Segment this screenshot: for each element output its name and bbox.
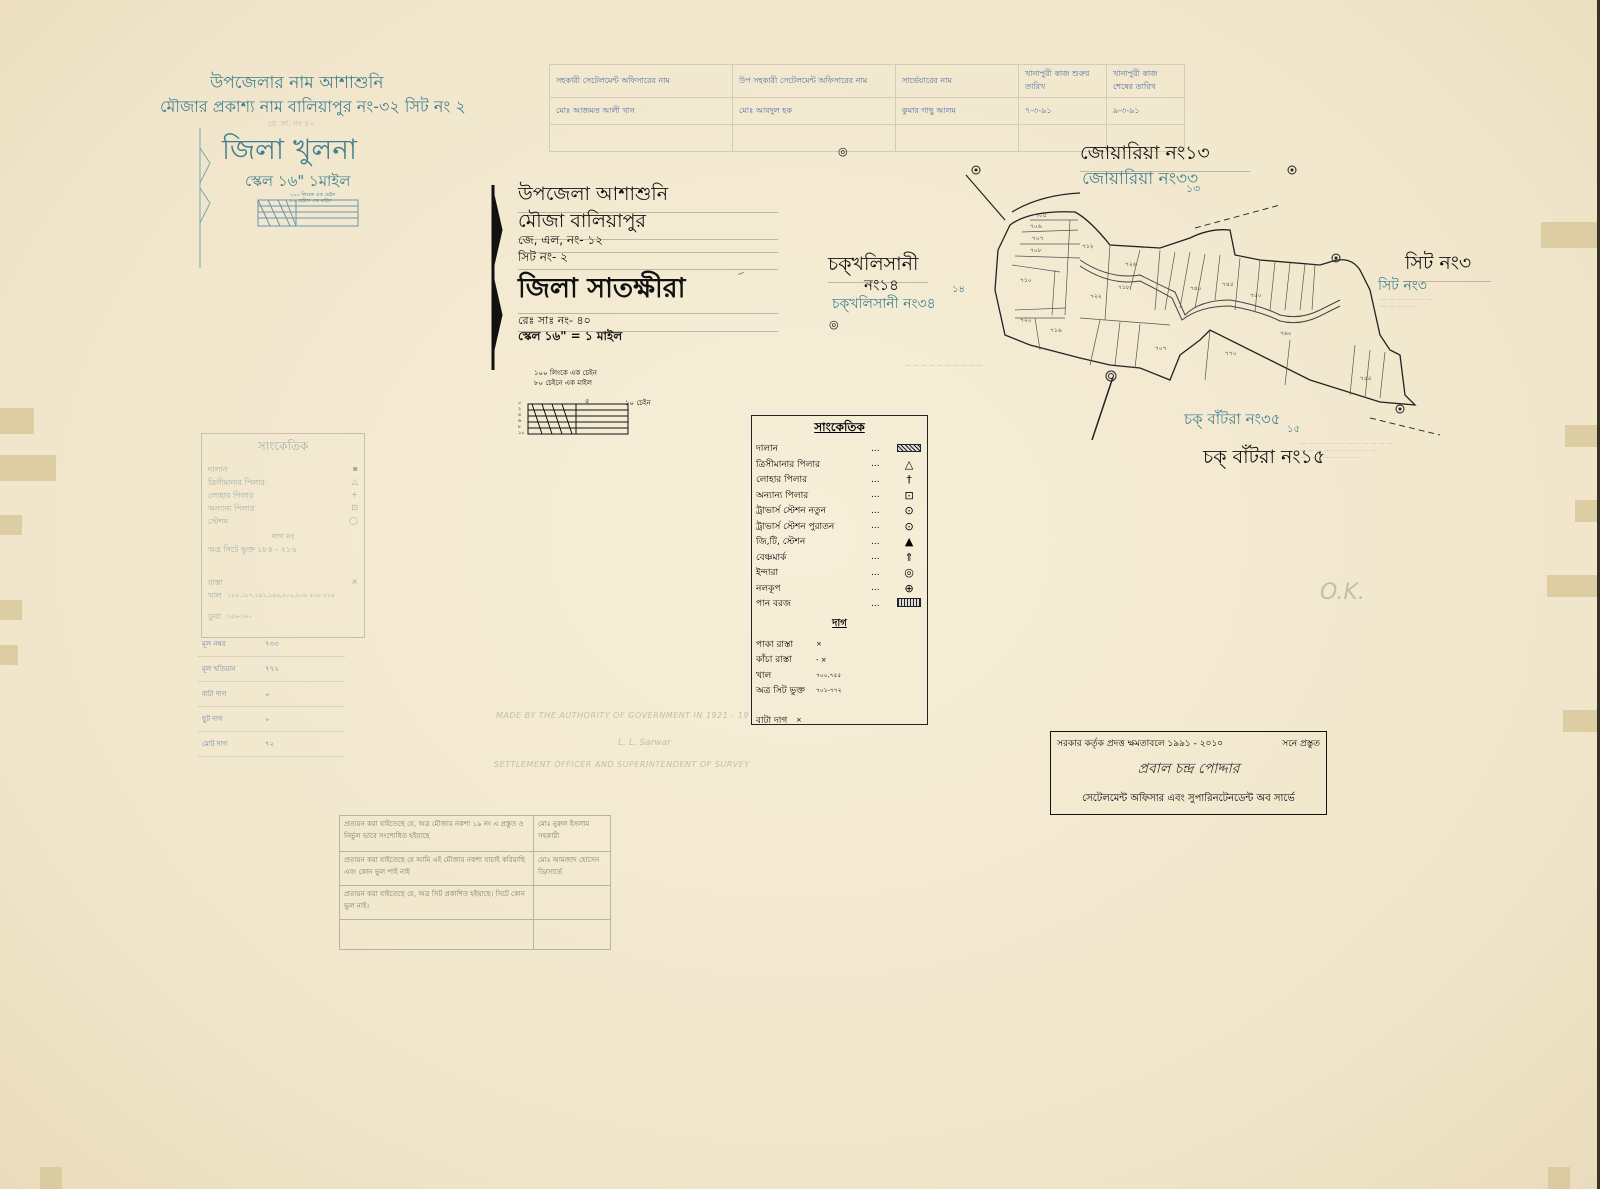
legend-item: লোহার পিলার...†: [756, 472, 923, 488]
tape-left-2: [0, 455, 56, 481]
legend-item: নলকূপ...⊕: [756, 581, 923, 597]
pencil-note-south: — — — — — — — — — — — —— — — — — — — — —…: [1300, 440, 1500, 461]
legend-item: বেঞ্চমার্ক...⇑: [756, 550, 923, 566]
old-legend-item: স্টেশন◯: [208, 516, 358, 529]
legend-item: পান বরজ...: [756, 596, 923, 612]
svg-text:৭৪৫: ৭৪৫: [1222, 281, 1234, 288]
old-legend-item: লোহার পিলার+: [208, 490, 358, 503]
tape-right-1: [1541, 222, 1597, 248]
certificate-line-1: সরকার কর্তৃক প্রদত্ত ক্ষমতাবলে ১৯৯১ - ২০…: [1051, 732, 1326, 751]
dag-item: অত্র সিট ভুক্ত৭০১-৭৭২: [756, 683, 923, 699]
map-sheet: উপজেলার নাম আশাশুনি মৌজার প্রকাশ্য নাম ব…: [0, 0, 1600, 1189]
svg-text:৭২৬: ৭২৬: [1125, 261, 1137, 268]
svg-text:৭২২: ৭২২: [1090, 293, 1102, 300]
dag-title: দাগ: [756, 616, 923, 633]
tape-right-2: [1565, 425, 1597, 447]
tape-left-1: [0, 408, 34, 434]
old-legend-box: সাংকেতিক দালান▪ ত্রিসীমানার পিলার△ লোহার…: [201, 433, 365, 638]
certificate-line-2: সেটেলমেন্ট অফিসার এবং সুপারিনটেনডেন্ট অব…: [1051, 791, 1326, 808]
gt-station-icon: ▲: [895, 535, 923, 548]
authority-signature: L. L. Sarwar: [618, 738, 671, 748]
west-old-label: চক্‌খলিসানী নং৩৪: [832, 292, 936, 316]
legend-item: ত্রিসীমানার পিলার...△: [756, 457, 923, 473]
cell: মোঃ আবদুল হক: [733, 98, 896, 125]
svg-text:৭২০: ৭২০: [1020, 317, 1032, 324]
pencil-note-east: — — — — — — —— — — — —: [1380, 296, 1480, 310]
settlement-officer-title: SETTLEMENT OFFICER AND SUPERINTENDENT OF…: [494, 760, 750, 769]
pencil-note-west: — — — — — — — — — —: [905, 362, 1085, 369]
svg-text:৭৭০: ৭৭০: [1225, 350, 1237, 357]
old-legend-item: দালান▪: [208, 464, 358, 477]
tri-junction-pillar-icon: △: [895, 458, 923, 471]
legend-item: ট্রাভার্স স্টেশন পুরাতন...⊙: [756, 519, 923, 535]
old-dag-range: অত্র সিটে ভুক্ত ১৮৪ - ২১৬: [208, 544, 358, 557]
iron-pillar-icon: †: [895, 473, 923, 486]
dag-item: খাল৭০০,৭৫৫: [756, 668, 923, 684]
old-pond: ডুবা১৫৬-১৬০: [208, 611, 358, 624]
count-row: মূল খতিয়ান৭৭২: [198, 657, 345, 682]
tape-left-4: [0, 600, 22, 620]
legend-item: জি,টি, স্টেশন...▲: [756, 534, 923, 550]
svg-text:৭০৫: ৭০৫: [1035, 212, 1047, 219]
svg-text:৭৫০: ৭৫০: [1250, 292, 1262, 299]
scale-note-2: ৮০ চেইনে এক মাইল: [534, 377, 592, 389]
value-row: মোঃ আজমত আলী খান মোঃ আবদুল হক কুমার গাছু…: [550, 98, 1185, 125]
old-road: রাস্তা×: [208, 577, 358, 590]
plot-count-table: মূল নম্বর৭৩৩ মূল খতিয়ান৭৭২ বাটা দাগ০ ছু…: [198, 632, 345, 757]
note-row: প্রত্যয়ন করা যাইতেছে যে আমি এই মৌজার নক…: [340, 852, 611, 886]
old-canal: খাল১৮৫,১৮৭,১৯১,১৯৬,২০২,২০৬ ২০৮-২১৫: [208, 590, 358, 603]
svg-text:৭১৬: ৭১৬: [1050, 327, 1062, 334]
count-row: মূল নম্বর৭৩৩: [198, 632, 345, 657]
svg-text:৭৪০: ৭৪০: [1190, 285, 1202, 292]
col-header: সহকারী সেটেলমেন্ট অফিসারের নাম: [550, 65, 733, 98]
building-icon: [895, 442, 923, 455]
tape-right-3: [1575, 500, 1597, 522]
station-mark-top: ◎: [838, 145, 848, 158]
old-legend-item: অন্যান্য পিলার⊡: [208, 503, 358, 516]
old-dag-title: দাগ নং: [208, 531, 358, 544]
traverse-station-old-icon: ⊙: [895, 520, 923, 533]
station-mark-west: ◎: [829, 318, 839, 331]
svg-text:৭৫৫: ৭৫৫: [1360, 375, 1372, 382]
svg-text:৭০৬: ৭০৬: [1030, 223, 1042, 230]
count-row: মোট দাগ৭২: [198, 732, 345, 757]
old-legend-title: সাংকেতিক: [208, 438, 358, 458]
certificate-signature: প্রবাল চন্দ্র পোদ্দার: [1051, 757, 1326, 781]
cell: কুমার গাছু আলম: [896, 98, 1019, 125]
header-row: সহকারী সেটেলমেন্ট অফিসারের নাম উপ সহকারী…: [550, 65, 1185, 98]
note-row: প্রত্যয়ন করা যাইতেছে যে, অত্র মৌজার নকশ…: [340, 816, 611, 852]
made-by-authority: MADE BY THE AUTHORITY OF GOVERNMENT IN 1…: [496, 711, 749, 720]
sheet-number: সিট নং- ২: [518, 249, 778, 270]
betel-garden-icon: [895, 597, 923, 610]
tape-bottom-right: [1548, 1167, 1570, 1189]
tubewell-icon: ⊕: [895, 582, 923, 595]
svg-text:১০: ১০: [518, 430, 525, 436]
note-row: প্রত্যয়ন করা যাইতেছে যে, অত্র সিট প্রকা…: [340, 886, 611, 920]
svg-text:৭০৭: ৭০৭: [1155, 345, 1167, 352]
well-icon: ◎: [895, 566, 923, 579]
dag-item: বাটা দাগ×: [756, 713, 923, 729]
cell: ৭-৩-৯১: [1019, 98, 1107, 125]
other-pillar-icon: ⊡: [895, 489, 923, 502]
svg-text:৭১৮: ৭১৮: [1118, 284, 1130, 291]
col-header: খানাপুরী কাজ শুরুর তারিখ: [1019, 65, 1107, 98]
dag-item: কাঁচা রাস্তা- ×: [756, 652, 923, 668]
dag-item: পাকা রাস্তা×: [756, 637, 923, 653]
svg-text:৭১২: ৭১২: [1082, 243, 1094, 250]
traverse-stations: [972, 166, 1404, 413]
mouza-map: ৭০৫৭০৬৭০৭ ৭০৮৭১০৭১২ ৭২৬৭১৮৭২২ ৭২০৭১৬৭৪০ …: [960, 140, 1480, 440]
tape-bottom-left: [40, 1167, 62, 1189]
title-block: উপজেলা আশাশুনি মৌজা বালিয়াপুর জে, এল, ন…: [490, 180, 790, 370]
tape-left-3: [0, 515, 22, 535]
tape-left-5: [0, 645, 18, 665]
old-scale-bar: [196, 128, 386, 268]
svg-text:৭৬০: ৭৬০: [1280, 330, 1292, 337]
col-header: উপ সহকারী সেটেলমেন্ট অফিসারের নাম: [733, 65, 896, 98]
legend-box: সাংকেতিক দালান... ত্রিসীমানার পিলার...△ …: [751, 415, 928, 725]
tape-right-4: [1547, 575, 1597, 597]
certificate-box: সরকার কর্তৃক প্রদত্ত ক্ষমতাবলে ১৯৯১ - ২০…: [1050, 731, 1327, 815]
old-legend-item: ত্রিসীমানার পিলার△: [208, 477, 358, 490]
district-name: জিলা সাতক্ষীরা: [518, 268, 778, 314]
traverse-station-new-icon: ⊙: [895, 504, 923, 517]
legend-item: ট্রাভার্স স্টেশন নতুন...⊙: [756, 503, 923, 519]
legend-item: অন্যান্য পিলার...⊡: [756, 488, 923, 504]
legend-item: দালান...: [756, 441, 923, 457]
cell: ৯-৩-৯১: [1107, 98, 1185, 125]
tape-right-5: [1563, 710, 1597, 732]
count-row: বাটা দাগ০: [198, 682, 345, 707]
scale-bar: ০ ২ ৪ ৬ ৮ ১০: [518, 396, 633, 438]
note-row: [340, 920, 611, 950]
col-header: সার্ভেয়ারের নাম: [896, 65, 1019, 98]
svg-text:৭১০: ৭১০: [1020, 277, 1032, 284]
ok-mark: O.K.: [1320, 580, 1365, 605]
verification-notes-table: প্রত্যয়ন করা যাইতেছে যে, অত্র মৌজার নকশ…: [339, 815, 611, 950]
legend-item: ইন্দারা...◎: [756, 565, 923, 581]
old-mouza: মৌজার প্রকাশ্য নাম বালিয়াপুর নং-৩২ সিট …: [160, 94, 466, 121]
svg-text:৭০৮: ৭০৮: [1030, 247, 1042, 254]
cell: মোঃ আজমত আলী খান: [550, 98, 733, 125]
title-bracket: [490, 185, 504, 370]
benchmark-icon: ⇑: [895, 551, 923, 564]
scale-text: স্কেল ১৬" = ১ মাইল: [518, 328, 622, 348]
legend-title: সাংকেতিক: [756, 419, 923, 439]
svg-text:৭০৭: ৭০৭: [1032, 235, 1044, 242]
count-row: ছুট দাগ০: [198, 707, 345, 732]
col-header: খানাপুরী কাজ শেষের তারিখ: [1107, 65, 1185, 98]
